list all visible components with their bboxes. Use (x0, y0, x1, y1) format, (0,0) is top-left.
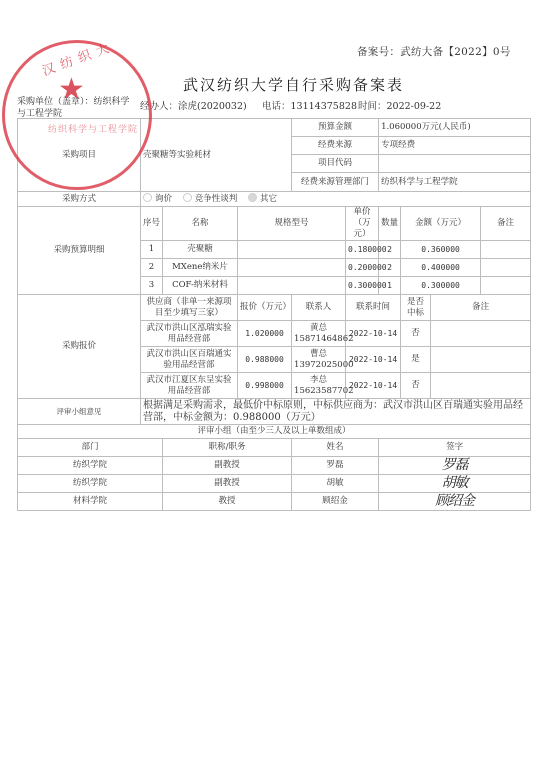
handler: 经办人：涂虎(2020032) (140, 98, 247, 112)
col-header-contact: 联系人 (292, 295, 346, 321)
purchasing-unit: 采购单位（盖章）：纺织科学与工程学院 (17, 96, 137, 120)
funding-source-label: 经费来源 (292, 137, 379, 155)
col-header-supplier: 供应商（非单一来源项目至少填写三家） (141, 295, 238, 321)
signature: 胡敏 (379, 475, 531, 493)
project-label: 采购项目 (18, 119, 141, 192)
signature: 顾绍金 (379, 493, 531, 511)
method-option-other[interactable]: 其它 (248, 194, 277, 204)
radio-icon[interactable] (143, 193, 152, 202)
col-header-index: 序号 (141, 207, 163, 241)
radio-icon[interactable] (183, 193, 192, 202)
funding-dept-value: 纺织科学与工程学院 (379, 173, 531, 192)
quotes-label: 采购报价 (18, 295, 141, 399)
funding-source-value: 专项经费 (379, 137, 531, 155)
project-code-value (379, 155, 531, 173)
review-opinion: 根据满足采购需求，最低价中标原则，中标供应商为：武汉市洪山区百瑞通实验用品经营部… (141, 399, 531, 425)
table-row: 纺织学院 副教授 罗磊 罗磊 (18, 457, 531, 475)
review-opinion-label: 评审小组意见 (18, 399, 141, 425)
col-header-name: 名称 (163, 207, 238, 241)
col-header-signature: 签字 (379, 439, 531, 457)
funding-dept-label: 经费来源管理部门 (292, 173, 379, 192)
seal-arc-text: 汉纺织大 (39, 36, 117, 80)
date: 时间：2022-09-22 (358, 98, 441, 112)
budget-amount-label: 预算金额 (292, 119, 379, 137)
document-title: 武汉纺织大学自行采购备案表 (0, 74, 557, 95)
phone: 电话：13114375828 (262, 98, 357, 112)
col-header-amount: 金额（万元） (401, 207, 481, 241)
col-header-contact-time: 联系时间 (346, 295, 401, 321)
table-row: 纺织学院 副教授 胡敏 胡敏 (18, 475, 531, 493)
signature: 罗磊 (379, 457, 531, 475)
method-options: 询价 竞争性谈判 其它 (141, 192, 531, 207)
review-panel-title: 评审小组（由至少三人及以上单数组成） (18, 425, 531, 439)
col-header-title: 职称/职务 (163, 439, 292, 457)
col-header-qty: 数量 (379, 207, 401, 241)
col-header-spec: 规格型号 (238, 207, 346, 241)
project-name: 壳聚糖等实验耗材 (141, 119, 292, 192)
budget-detail-label: 采购预算明细 (18, 207, 141, 295)
method-option-negotiation[interactable]: 竞争性谈判 (183, 194, 238, 204)
method-label: 采购方式 (18, 192, 141, 207)
col-header-won: 是否中标 (401, 295, 431, 321)
radio-selected-icon[interactable] (248, 193, 257, 202)
filing-form-table: 采购项目 壳聚糖等实验耗材 预算金额 1.060000万元(人民币) 经费来源 … (17, 118, 531, 511)
col-header-quote-remark: 备注 (431, 295, 531, 321)
col-header-dept: 部门 (18, 439, 163, 457)
budget-amount-value: 1.060000万元(人民币) (379, 119, 531, 137)
col-header-quote: 报价（万元） (238, 295, 292, 321)
col-header-remark: 备注 (481, 207, 531, 241)
project-code-label: 项目代码 (292, 155, 379, 173)
col-header-unit-price: 单价（万元） (346, 207, 379, 241)
filing-number: 备案号：武纺大备【2022】0号 (357, 44, 511, 59)
col-header-member-name: 姓名 (292, 439, 379, 457)
method-option-inquiry[interactable]: 询价 (143, 194, 172, 204)
table-row: 材料学院 教授 顾绍金 顾绍金 (18, 493, 531, 511)
